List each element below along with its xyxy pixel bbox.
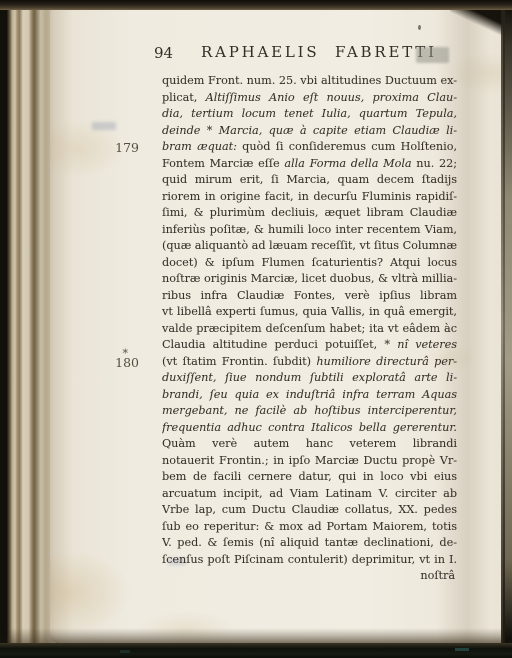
page-number: 94 bbox=[154, 44, 173, 62]
italic-text-segment: alla Forma della Mola bbox=[284, 157, 416, 170]
text-segment: inferiùs poſitæ, & humili loco inter rec… bbox=[162, 223, 457, 236]
binding-speck bbox=[120, 650, 130, 653]
italic-text-segment: duxiſſent, ſiue nondum ſubtili exploratâ… bbox=[162, 371, 457, 384]
book-page: 94 RAPHAELIS FABRETTI 179*180 quidem Fro… bbox=[50, 10, 504, 643]
italic-text-segment: Marcia, quæ à capite etiam Claudiæ li- bbox=[219, 124, 457, 137]
text-segment: * bbox=[384, 338, 397, 351]
text-line: Quàm verè autem hanc veterem librandi im… bbox=[162, 436, 457, 453]
text-segment: arcuatum incipit, ad Viam Latinam V. cir… bbox=[162, 487, 457, 500]
text-line: frequentia adhuc contra Italicos bella g… bbox=[162, 420, 457, 437]
text-line: V. ped. & ſemis (nî aliquid tantæ declin… bbox=[162, 535, 457, 552]
margin-asterisk: * bbox=[123, 347, 129, 361]
text-line: vt libellâ experti ſumus, quia Vallis, i… bbox=[162, 304, 457, 321]
text-line: mergebant, ne facilè ab hoſtibus interci… bbox=[162, 403, 457, 420]
text-segment: quidem Front. num. 25. vbi altitudines D… bbox=[162, 74, 457, 87]
text-segment: V. ped. & ſemis (nî aliquid tantæ declin… bbox=[162, 536, 457, 549]
ink-showthrough-smudge bbox=[416, 47, 449, 63]
text-segment: notauerit Frontin.; in ipſo Marciæ Ductu… bbox=[162, 454, 457, 467]
italic-text-segment: brandi, ſeu quia ex induſtriâ infra terr… bbox=[162, 388, 457, 401]
text-segment: quòd ſi conſideremus cum Holſtenio, bbox=[242, 140, 457, 153]
text-line: riorem in origine facit, in decurſu Flum… bbox=[162, 189, 457, 206]
page-bottom-shadow bbox=[8, 628, 504, 643]
text-segment: Quàm verè autem hanc veterem librandi im… bbox=[162, 437, 457, 453]
text-segment: Claudia altitudine perduci potuiſſet, bbox=[162, 338, 384, 351]
text-line: brandi, ſeu quia ex induſtriâ infra terr… bbox=[162, 387, 457, 404]
text-segment: riorem in origine facit, in decurſu Flum… bbox=[162, 190, 457, 203]
text-line: bram æquat: quòd ſi conſideremus cum Hol… bbox=[162, 139, 457, 156]
text-segment: quid mirum erit, ſi Marcia, quam decem ſ… bbox=[162, 173, 457, 189]
showthrough-smudge bbox=[92, 122, 116, 130]
italic-text-segment: nî veteres bbox=[397, 338, 457, 351]
text-line: duxiſſent, ſiue nondum ſubtili exploratâ… bbox=[162, 370, 457, 387]
italic-text-segment: deinde bbox=[162, 124, 207, 137]
text-line: plicat, Altiſſimus Anio eſt nouus, proxi… bbox=[162, 90, 457, 107]
text-segment: ribus infra Claudiæ Fontes, verè ipſius … bbox=[162, 289, 457, 305]
running-title: RAPHAELIS FABRETTI bbox=[201, 43, 437, 61]
text-segment: ſimi, & plurimùm decliuis, æquet libram … bbox=[162, 206, 457, 219]
text-line: ribus infra Claudiæ Fontes, verè ipſius … bbox=[162, 288, 457, 305]
text-segment: vt libellâ experti ſumus, quia Vallis, i… bbox=[162, 305, 457, 318]
text-segment: * bbox=[207, 124, 219, 137]
photo-frame-top bbox=[0, 0, 512, 10]
text-line: quidem Front. num. 25. vbi altitudines D… bbox=[162, 73, 457, 90]
text-line: deinde * Marcia, quæ à capite etiam Clau… bbox=[162, 123, 457, 140]
italic-text-segment: frequentia adhuc contra Italicos bella g… bbox=[162, 421, 457, 434]
text-segment: plicat, bbox=[162, 91, 206, 104]
text-line: Fontem Marciæ eſſe alla Forma della Mola… bbox=[162, 156, 457, 173]
text-line: bem de facili cernere datur, qui in loco… bbox=[162, 469, 457, 486]
margin-note: *180 bbox=[105, 356, 139, 370]
text-segment: ſcenſus poſt Piſcinam contulerit) deprim… bbox=[162, 553, 457, 566]
text-segment: docet) & ipſum Flumen ſcaturientis? Atqu… bbox=[162, 256, 457, 269]
italic-text-segment: bram æquat: bbox=[162, 140, 242, 153]
page-edge-line bbox=[501, 8, 505, 644]
text-line: ſcenſus poſt Piſcinam contulerit) deprim… bbox=[162, 552, 457, 569]
text-segment: nu. 22; bbox=[416, 157, 457, 170]
book-page-edges-left bbox=[0, 5, 56, 651]
margin-note: 179 bbox=[105, 141, 139, 155]
text-line: valde præcipitem deſcenſum habet; ita vt… bbox=[162, 321, 457, 338]
text-segment: (vt ſtatim Frontin. ſubdit) bbox=[162, 355, 316, 368]
text-line: docet) & ipſum Flumen ſcaturientis? Atqu… bbox=[162, 255, 457, 272]
text-line: inferiùs poſitæ, & humili loco inter rec… bbox=[162, 222, 457, 239]
text-lines: quidem Front. num. 25. vbi altitudines D… bbox=[162, 73, 457, 568]
text-line: Vrbe lap, cum Ductu Claudiæ collatus, XX… bbox=[162, 502, 457, 519]
text-segment: ſub eo reperitur: & mox ad Portam Maiore… bbox=[162, 520, 457, 533]
text-line: notauerit Frontin.; in ipſo Marciæ Ductu… bbox=[162, 453, 457, 470]
text-line: dia, tertium locum tenet Iulia, quartum … bbox=[162, 106, 457, 123]
italic-text-segment: Altiſſimus Anio eſt nouus, proxima Clau- bbox=[206, 91, 457, 104]
text-line: Claudia altitudine perduci potuiſſet, * … bbox=[162, 337, 457, 354]
catchword: noſtrâ bbox=[162, 568, 457, 585]
ink-speck bbox=[418, 25, 421, 30]
binding-speck bbox=[455, 648, 469, 651]
text-line: arcuatum incipit, ad Viam Latinam V. cir… bbox=[162, 486, 457, 503]
text-line: ſub eo reperitur: & mox ad Portam Maiore… bbox=[162, 519, 457, 536]
italic-text-segment: dia, tertium locum tenet Iulia, quartum … bbox=[162, 107, 457, 120]
margin-note-number: 179 bbox=[105, 141, 139, 155]
book-photo: 94 RAPHAELIS FABRETTI 179*180 quidem Fro… bbox=[0, 0, 512, 658]
text-line: (vt ſtatim Frontin. ſubdit) humiliore di… bbox=[162, 354, 457, 371]
body-text: quidem Front. num. 25. vbi altitudines D… bbox=[162, 73, 457, 585]
text-line: (quæ aliquantò ad læuam receſſit, vt ſit… bbox=[162, 238, 457, 255]
text-line: ſimi, & plurimùm decliuis, æquet libram … bbox=[162, 205, 457, 222]
italic-text-segment: humiliore directurâ per- bbox=[316, 355, 457, 368]
photo-frame-bottom bbox=[0, 643, 512, 658]
text-segment: (quæ aliquantò ad læuam receſſit, vt ſit… bbox=[162, 239, 457, 252]
text-segment: Fontem Marciæ eſſe bbox=[162, 157, 284, 170]
italic-text-segment: mergebant, ne facilè ab hoſtibus interci… bbox=[162, 404, 457, 420]
text-line: noſtræ originis Marciæ, licet duobus, & … bbox=[162, 271, 457, 288]
text-segment: noſtræ originis Marciæ, licet duobus, & … bbox=[162, 272, 457, 285]
text-segment: valde præcipitem deſcenſum habet; ita vt… bbox=[162, 322, 457, 335]
text-line: quid mirum erit, ſi Marcia, quam decem ſ… bbox=[162, 172, 457, 189]
text-segment: Vrbe lap, cum Ductu Claudiæ collatus, XX… bbox=[162, 503, 457, 516]
text-segment: bem de facili cernere datur, qui in loco… bbox=[162, 470, 457, 486]
